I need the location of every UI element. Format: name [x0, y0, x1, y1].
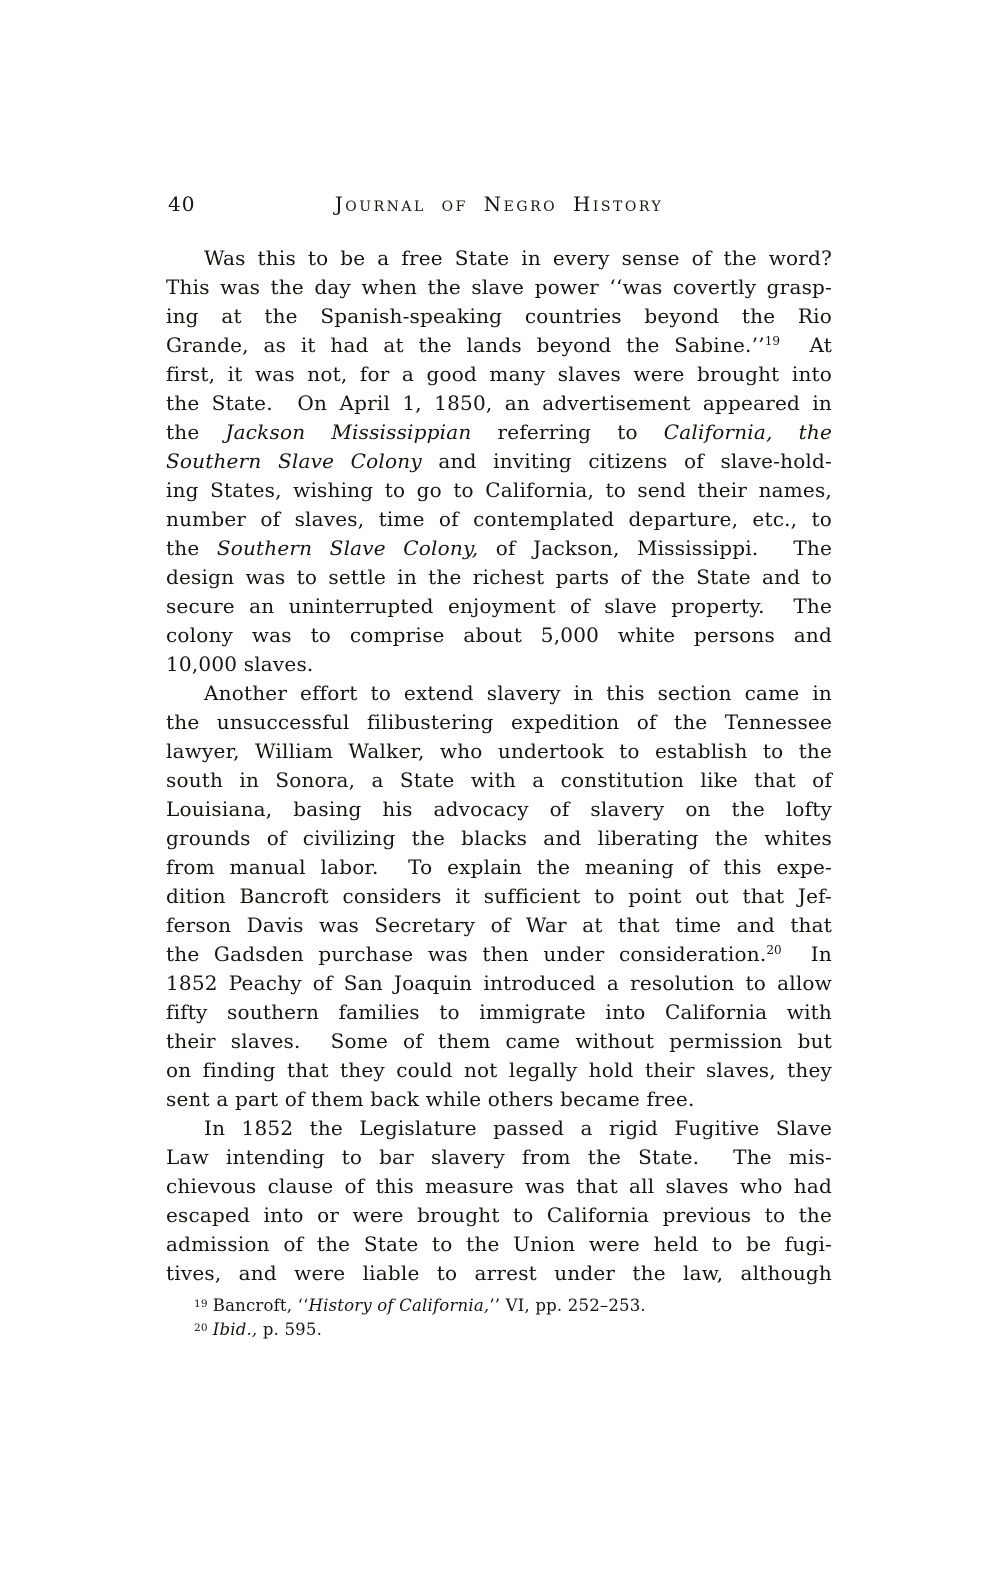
- text-segment: the State. On April 1, 1850, an advertis…: [166, 391, 832, 415]
- text-line: Louisiana, basing his advocacy of slaver…: [166, 795, 832, 824]
- text-line: their slaves. Some of them came without …: [166, 1027, 832, 1056]
- text-segment: tives, and were liable to arrest under t…: [166, 1261, 832, 1285]
- text-line: 10,000 slaves.: [166, 650, 832, 679]
- text-line: Grande, as it had at the lands beyond th…: [166, 331, 832, 360]
- text-segment: In: [782, 942, 832, 966]
- text-segment: 10,000 slaves.: [166, 652, 313, 676]
- text-segment: south in Sonora, a State with a constitu…: [166, 768, 832, 792]
- text-segment: ing at the Spanish-speaking countries be…: [166, 304, 832, 328]
- journal-title: Journal of Negro History: [166, 192, 832, 216]
- body-text: Was this to be a free State in every sen…: [166, 244, 832, 1288]
- text-segment: In 1852 the Legislature passed a rigid F…: [204, 1116, 832, 1140]
- text-line: 1852 Peachy of San Joaquin introduced a …: [166, 969, 832, 998]
- text-segment: Louisiana, basing his advocacy of slaver…: [166, 797, 832, 821]
- text-line: Law intending to bar slavery from the St…: [166, 1143, 832, 1172]
- text-segment: number of slaves, time of contemplated d…: [166, 507, 832, 531]
- footnotes: 19Bancroft, ‘‘History of California,’’ V…: [166, 1294, 832, 1342]
- text-line: chievous clause of this measure was that…: [166, 1172, 832, 1201]
- text-line: from manual labor. To explain the meanin…: [166, 853, 832, 882]
- text-segment: on finding that they could not legally h…: [166, 1058, 832, 1082]
- text-segment: This was the day when the slave power ‘‘…: [166, 275, 832, 299]
- text-segment: p. 595.: [257, 1320, 322, 1339]
- text-line: sent a part of them back while others be…: [166, 1085, 832, 1114]
- text-line: ferson Davis was Secretary of War at tha…: [166, 911, 832, 940]
- text-segment: secure an uninterrupted enjoyment of sla…: [166, 594, 832, 618]
- text-line: secure an uninterrupted enjoyment of sla…: [166, 592, 832, 621]
- text-segment: Another effort to extend slavery in this…: [204, 681, 832, 705]
- text-line: ing States, wishing to go to California,…: [166, 476, 832, 505]
- text-line: Another effort to extend slavery in this…: [166, 679, 832, 708]
- text-segment: of Jackson, Mississippi. The: [478, 536, 832, 560]
- text-line: the State. On April 1, 1850, an advertis…: [166, 389, 832, 418]
- scanned-book-page: 40 Journal of Negro History Was this to …: [0, 0, 1000, 1574]
- text-segment: dition Bancroft considers it sufficient …: [166, 884, 832, 908]
- text-segment: the unsuccessful filibustering expeditio…: [166, 710, 832, 734]
- text-segment: sent a part of them back while others be…: [166, 1087, 695, 1111]
- text-line: lawyer, William Walker, who undertook to…: [166, 737, 832, 766]
- paragraph: Was this to be a free State in every sen…: [166, 244, 832, 679]
- text-segment: first, it was not, for a good many slave…: [166, 362, 832, 386]
- text-segment: from manual labor. To explain the meanin…: [166, 855, 832, 879]
- text-line: the Gadsden purchase was then under cons…: [166, 940, 832, 969]
- text-line: fifty southern families to immigrate int…: [166, 998, 832, 1027]
- italic-text: Ibid.,: [213, 1320, 258, 1339]
- text-line: the Southern Slave Colony, of Jackson, M…: [166, 534, 832, 563]
- text-segment: escaped into or were brought to Californ…: [166, 1203, 832, 1227]
- text-segment: Law intending to bar slavery from the St…: [166, 1145, 832, 1169]
- text-segment: fifty southern families to immigrate int…: [166, 1000, 832, 1024]
- text-line: the Jackson Mississippian referring to C…: [166, 418, 832, 447]
- text-line: This was the day when the slave power ‘‘…: [166, 273, 832, 302]
- text-segment: the Gadsden purchase was then under cons…: [166, 942, 766, 966]
- text-segment: 1852 Peachy of San Joaquin introduced a …: [166, 971, 832, 995]
- footnote: 20Ibid., p. 595.: [166, 1318, 832, 1342]
- text-segment: lawyer, William Walker, who undertook to…: [166, 739, 832, 763]
- page-header: 40 Journal of Negro History: [166, 192, 832, 218]
- text-segment: Grande, as it had at the lands beyond th…: [166, 333, 765, 357]
- text-line: In 1852 the Legislature passed a rigid F…: [166, 1114, 832, 1143]
- text-line: Was this to be a free State in every sen…: [166, 244, 832, 273]
- text-line: escaped into or were brought to Californ…: [166, 1201, 832, 1230]
- text-line: grounds of civilizing the blacks and lib…: [166, 824, 832, 853]
- text-line: colony was to comprise about 5,000 white…: [166, 621, 832, 650]
- text-segment: referring to: [471, 420, 663, 444]
- text-line: design was to settle in the richest part…: [166, 563, 832, 592]
- text-segment: colony was to comprise about 5,000 white…: [166, 623, 832, 647]
- italic-text: Southern Slave Colony,: [217, 536, 479, 560]
- italic-text: Jackson Mississippian: [225, 420, 471, 444]
- text-segment: design was to settle in the richest part…: [166, 565, 832, 589]
- footnote: 19Bancroft, ‘‘History of California,’’ V…: [166, 1294, 832, 1318]
- text-line: south in Sonora, a State with a constitu…: [166, 766, 832, 795]
- text-segment: their slaves. Some of them came without …: [166, 1029, 832, 1053]
- text-line: tives, and were liable to arrest under t…: [166, 1259, 832, 1288]
- text-segment: admission of the State to the Union were…: [166, 1232, 832, 1256]
- text-line: number of slaves, time of contemplated d…: [166, 505, 832, 534]
- text-line: dition Bancroft considers it sufficient …: [166, 882, 832, 911]
- text-segment: the: [166, 420, 225, 444]
- italic-text: History of California,: [309, 1296, 490, 1315]
- text-segment: chievous clause of this measure was that…: [166, 1174, 832, 1198]
- text-segment: grounds of civilizing the blacks and lib…: [166, 826, 832, 850]
- text-segment: At: [780, 333, 832, 357]
- text-line: the unsuccessful filibustering expeditio…: [166, 708, 832, 737]
- text-line: on finding that they could not legally h…: [166, 1056, 832, 1085]
- text-segment: ’’ VI, pp. 252–253.: [489, 1296, 646, 1315]
- text-line: ing at the Spanish-speaking countries be…: [166, 302, 832, 331]
- paragraph: In 1852 the Legislature passed a rigid F…: [166, 1114, 832, 1288]
- text-line: first, it was not, for a good many slave…: [166, 360, 832, 389]
- text-segment: and inviting citizens of slave-hold-: [422, 449, 832, 473]
- text-segment: ferson Davis was Secretary of War at tha…: [166, 913, 832, 937]
- text-segment: the: [166, 536, 217, 560]
- text-segment: Was this to be a free State in every sen…: [204, 246, 832, 270]
- paragraph: Another effort to extend slavery in this…: [166, 679, 832, 1114]
- text-line: Southern Slave Colony and inviting citiz…: [166, 447, 832, 476]
- text-segment: Bancroft, ‘‘: [213, 1296, 309, 1315]
- page-number: 40: [168, 192, 195, 216]
- italic-text: Southern Slave Colony: [166, 449, 422, 473]
- text-segment: ing States, wishing to go to California,…: [166, 478, 832, 502]
- italic-text: California, the: [664, 420, 832, 444]
- text-line: admission of the State to the Union were…: [166, 1230, 832, 1259]
